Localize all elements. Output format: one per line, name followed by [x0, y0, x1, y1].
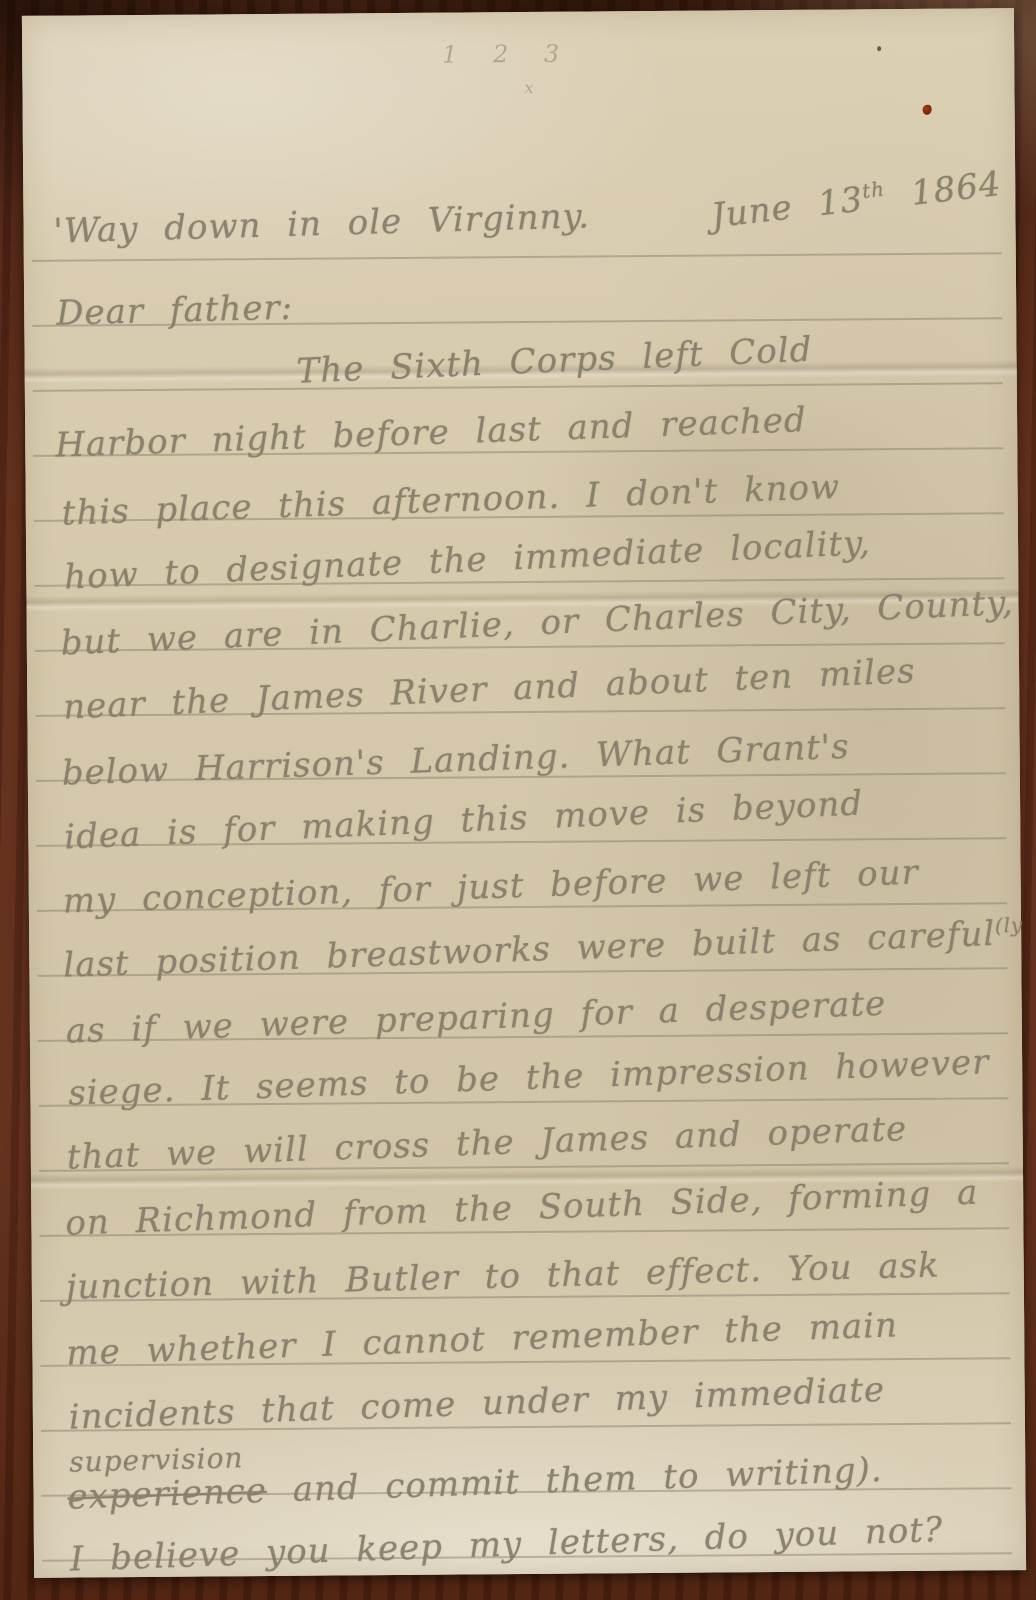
letter-line: 'Way down in ole Virginny.: [53, 196, 590, 251]
letter-line: Dear father:: [56, 288, 294, 334]
letter-line: June 13th 1864: [709, 164, 1003, 237]
letter-line: Harbor night before last and reached: [55, 400, 808, 466]
line-segment: 1864: [883, 164, 1003, 217]
letter-line: my conception, for just before we left o…: [62, 852, 919, 921]
letter-line: I believe you keep my letters, do you no…: [69, 1510, 943, 1580]
struck-word: experience: [67, 1471, 268, 1518]
letter-line: this place this afternoon. I don't know: [61, 467, 841, 533]
photo-background-wood-table: 1 2 3 x 'Way down in ole Virginny.June 1…: [0, 0, 1036, 1600]
handwriting-layer: 'Way down in ole Virginny.June 13th 1864…: [22, 8, 1014, 16]
pencil-page-numbers: 1 2 3: [442, 40, 573, 69]
letter-line: The Sixth Corps left Cold: [296, 330, 813, 392]
superscript-text: (ly: [995, 914, 1024, 938]
superscript-text: th: [861, 178, 886, 203]
line-segment: last position breastworks were built as …: [63, 914, 996, 986]
letter-line: last position breastworks were built as …: [63, 913, 1024, 986]
fold-creases-layer: [22, 8, 1014, 16]
letter-line: how to designate the immediate locality,: [63, 523, 871, 597]
ruled-line: [33, 382, 1003, 392]
letter-line: near the James River and about ten miles: [62, 651, 916, 727]
pencil-x-mark: x: [524, 78, 533, 97]
letter-line: junction with Butler to that effect. You…: [65, 1246, 940, 1308]
letter-line: but we are in Charlie, or Charles City, …: [60, 583, 1014, 664]
line-segment: and commit them to writing).: [266, 1450, 883, 1511]
letter-line: below Harrison's Landing. What Grant's: [61, 727, 850, 794]
paper-speck: [877, 46, 881, 51]
red-ink-spot: [923, 105, 932, 115]
letter-line: idea is for making this move is beyond: [63, 783, 863, 857]
ruled-lines-layer: [22, 8, 1014, 16]
ruled-line: [32, 252, 1002, 262]
line-segment: June 13: [709, 179, 865, 236]
letter-line: as if we were preparing for a desperate: [65, 984, 887, 1052]
letter-paper: 1 2 3 x 'Way down in ole Virginny.June 1…: [22, 8, 1026, 1578]
